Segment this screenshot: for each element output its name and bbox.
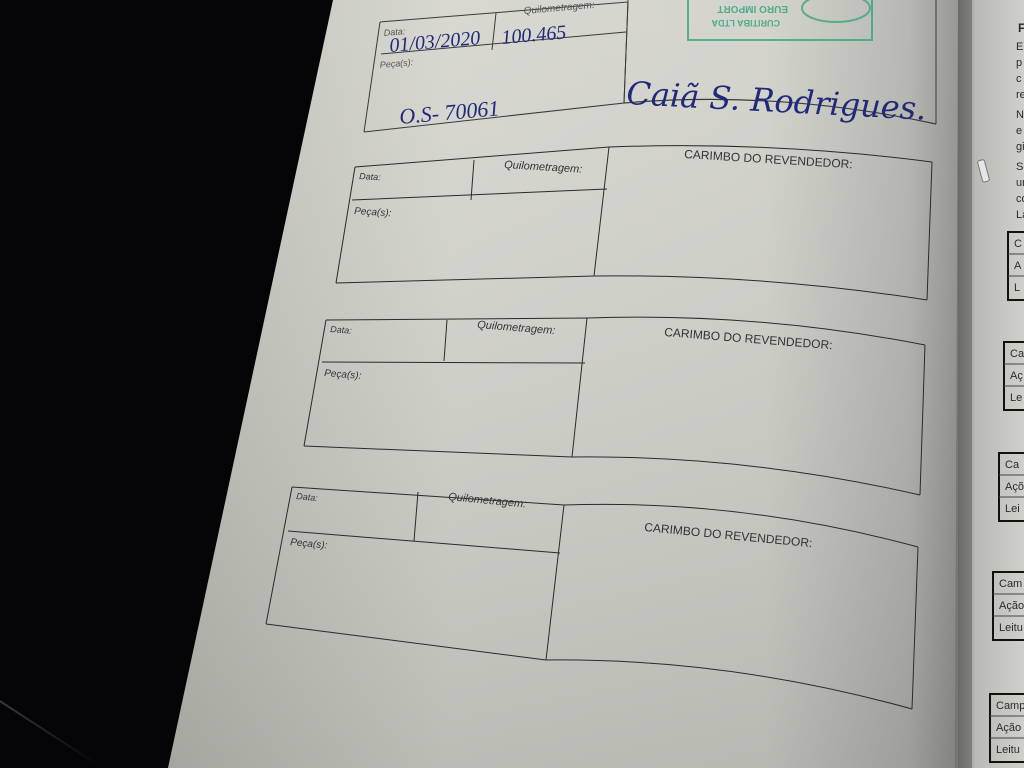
right-page-text-fragment: La xyxy=(1016,209,1024,221)
right-page: FEpcreNegiSeurcoLa CALCaAçLeCaAçõLeiCamA… xyxy=(955,0,1024,768)
right-page-text-fragment: co xyxy=(1016,193,1024,205)
svg-text:Ação: Ação xyxy=(999,600,1024,612)
right-page-text-fragment: ur xyxy=(1016,177,1024,189)
right-page-text-fragment: N xyxy=(1016,109,1024,121)
right-page-text-fragment: gi xyxy=(1016,141,1024,153)
svg-text:C: C xyxy=(1014,238,1022,250)
svg-text:Camp: Camp xyxy=(996,700,1024,712)
right-page-text-fragment: p xyxy=(1016,57,1022,69)
entry-4-data-label: Data: xyxy=(296,491,319,503)
right-page-text-fragment: Se xyxy=(1016,161,1024,173)
right-page-text-fragment: re xyxy=(1016,89,1024,101)
svg-text:L: L xyxy=(1014,282,1020,294)
right-page-text-fragment: E xyxy=(1016,41,1023,53)
entry-3-data-label: Data: xyxy=(330,324,353,336)
svg-text:Leitu: Leitu xyxy=(999,622,1023,634)
svg-text:Le: Le xyxy=(1010,392,1022,404)
svg-text:Açõ: Açõ xyxy=(1005,481,1024,493)
svg-text:Ca: Ca xyxy=(1010,348,1024,360)
right-page-table: CampAçãoLeitu xyxy=(990,694,1024,762)
svg-text:Leitu: Leitu xyxy=(996,744,1020,756)
photo-scene: FEpcreNegiSeurcoLa CALCaAçLeCaAçõLeiCamA… xyxy=(0,0,1024,768)
svg-text:Lei: Lei xyxy=(1005,503,1020,515)
stamp-text-2: CURITIBA LTDA xyxy=(711,18,780,28)
right-page-text-fragment: c xyxy=(1016,73,1022,85)
stamp-text-1: EURO IMPORT xyxy=(717,3,788,14)
entry-2-data-label: Data: xyxy=(359,171,382,182)
svg-text:Aç: Aç xyxy=(1010,370,1023,382)
svg-text:Cam: Cam xyxy=(999,578,1022,590)
svg-text:A: A xyxy=(1014,260,1022,272)
right-page-text-fragment: e xyxy=(1016,125,1022,137)
entry-2-pecas-label: Peça(s): xyxy=(354,206,392,219)
right-page-heading: F xyxy=(1018,21,1024,35)
svg-text:Ação: Ação xyxy=(996,722,1021,734)
svg-text:Ca: Ca xyxy=(1005,459,1020,471)
